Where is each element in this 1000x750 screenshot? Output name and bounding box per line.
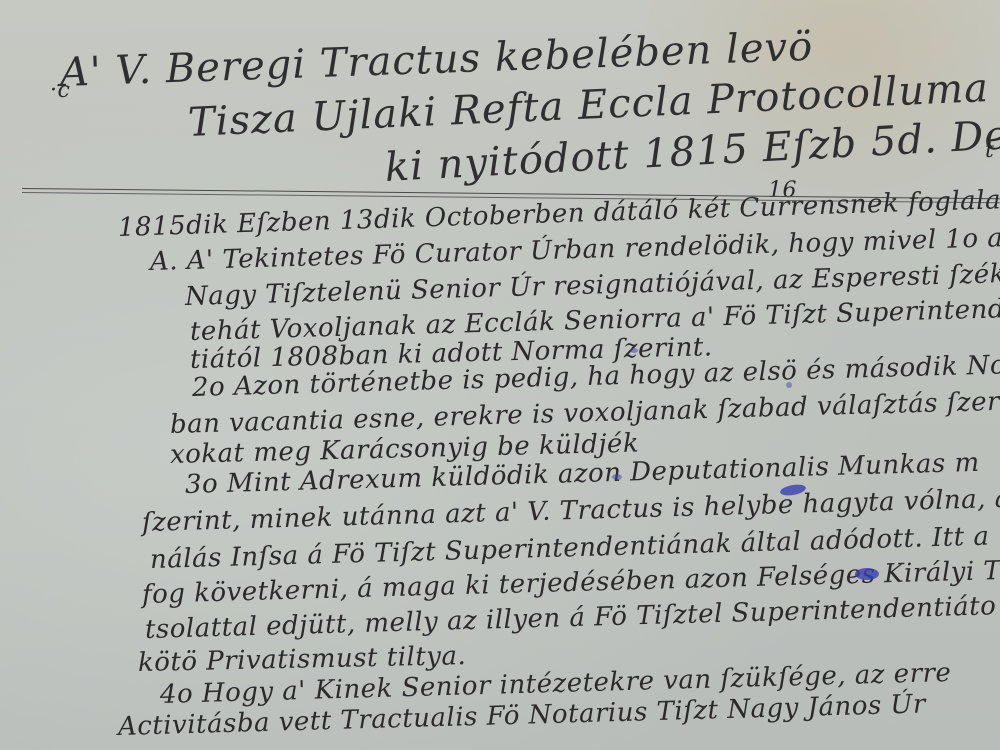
manuscript-page: ·c A' V. Beregi Tractus kebelében levö T… xyxy=(0,0,1000,750)
ink-speck xyxy=(630,348,638,353)
ink-speck xyxy=(786,382,792,388)
title-trailing-mark: t xyxy=(985,138,994,163)
ink-speck xyxy=(612,474,622,480)
ink-blot xyxy=(855,568,879,580)
